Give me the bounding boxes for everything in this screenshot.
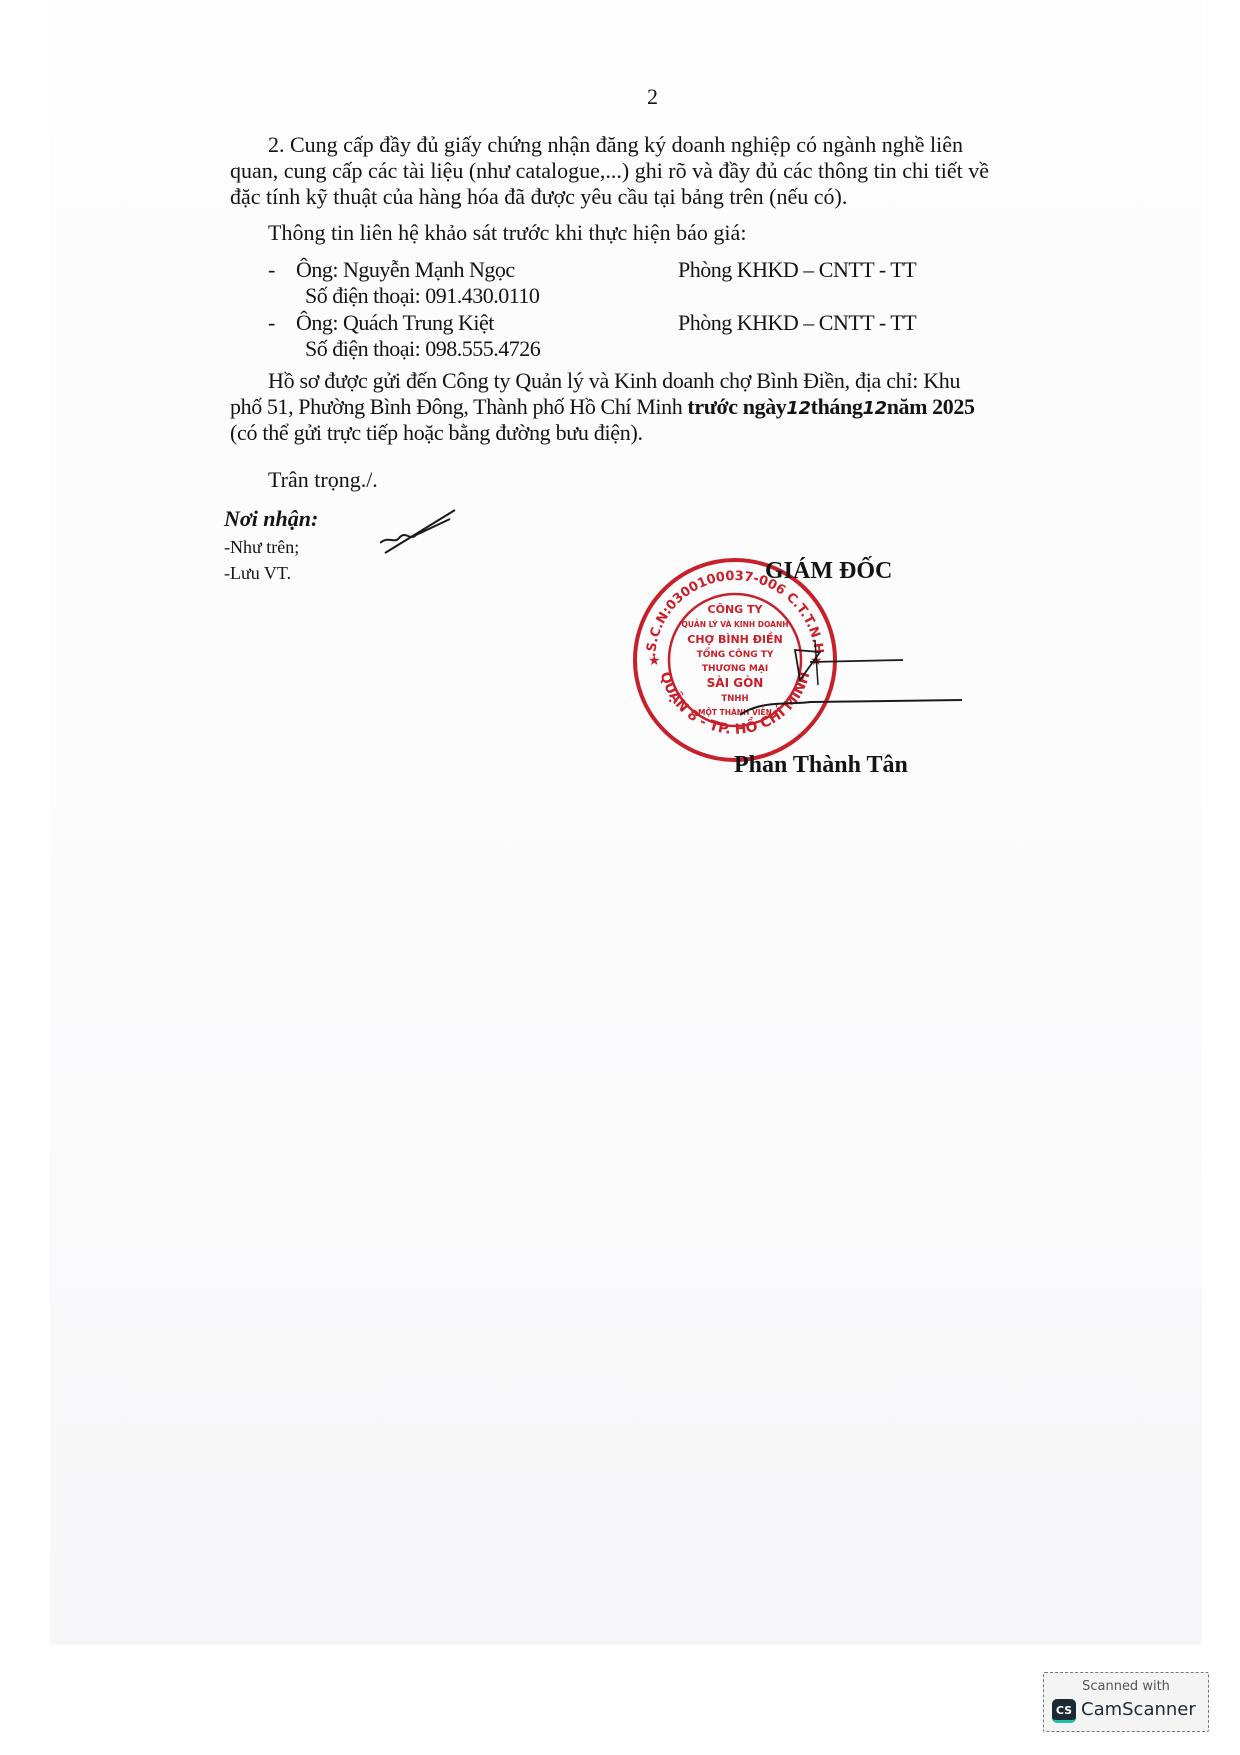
- deadline-prefix: trước ngày: [687, 394, 786, 419]
- submission-line-3: (có thể gửi trực tiếp hoặc bằng đường bư…: [230, 420, 643, 446]
- svg-text:CÔNG TY: CÔNG TY: [708, 603, 764, 616]
- camscanner-watermark: Scanned with CS CamScanner: [1043, 1672, 1209, 1732]
- deadline-month-label: tháng: [811, 394, 863, 419]
- recipient-item: -Lưu VT.: [224, 560, 291, 586]
- contact-2-phone: Số điện thoại: 098.555.4726: [305, 336, 540, 362]
- contact-2-name: Ông: Quách Trung Kiệt: [296, 310, 494, 336]
- deadline-day-handwritten: 12: [786, 398, 810, 419]
- director-signature-icon: [700, 640, 970, 720]
- contact-2-department: Phòng KHKD – CNTT - TT: [678, 310, 916, 336]
- svg-text:QUẢN LÝ VÀ KINH DOANH: QUẢN LÝ VÀ KINH DOANH: [681, 619, 788, 629]
- submission-address: phố 51, Phường Bình Đông, Thành phố Hồ C…: [230, 394, 687, 419]
- recipients-label: Nơi nhận:: [224, 506, 318, 532]
- scanned-page: [50, 0, 1202, 1645]
- camscanner-logo-icon: CS: [1052, 1699, 1076, 1723]
- paragraph-2-line-1: 2. Cung cấp đầy đủ giấy chứng nhận đăng …: [268, 132, 963, 158]
- recipient-item: -Như trên;: [224, 534, 299, 560]
- contact-intro: Thông tin liên hệ khảo sát trước khi thự…: [268, 220, 746, 246]
- contact-1-phone: Số điện thoại: 091.430.0110: [305, 283, 539, 309]
- watermark-label: Scanned with: [1044, 1679, 1208, 1694]
- contact-1-department: Phòng KHKD – CNTT - TT: [678, 257, 916, 283]
- deadline-year: năm 2025: [887, 394, 975, 419]
- paragraph-2-line-2: quan, cung cấp các tài liệu (như catalog…: [230, 158, 989, 184]
- signature-title: GIÁM ĐỐC: [765, 558, 892, 584]
- signatory-name: Phan Thành Tân: [734, 752, 908, 778]
- submission-line-1: Hồ sơ được gửi đến Công ty Quản lý và Ki…: [268, 368, 960, 394]
- page-number: 2: [647, 84, 658, 110]
- contact-2-bullet: -: [268, 310, 275, 336]
- deadline-month-handwritten: 12: [862, 398, 886, 419]
- closing: Trân trọng./.: [268, 467, 378, 493]
- submission-line-2: phố 51, Phường Bình Đông, Thành phố Hồ C…: [230, 394, 975, 422]
- paragraph-2-line-3: đặc tính kỹ thuật của hàng hóa đã được y…: [230, 184, 847, 210]
- watermark-brand: CamScanner: [1081, 1699, 1196, 1720]
- initials-signature-icon: [380, 505, 460, 565]
- svg-text:★: ★: [648, 653, 661, 669]
- contact-1-name: Ông: Nguyễn Mạnh Ngọc: [296, 257, 515, 283]
- contact-1-bullet: -: [268, 257, 275, 283]
